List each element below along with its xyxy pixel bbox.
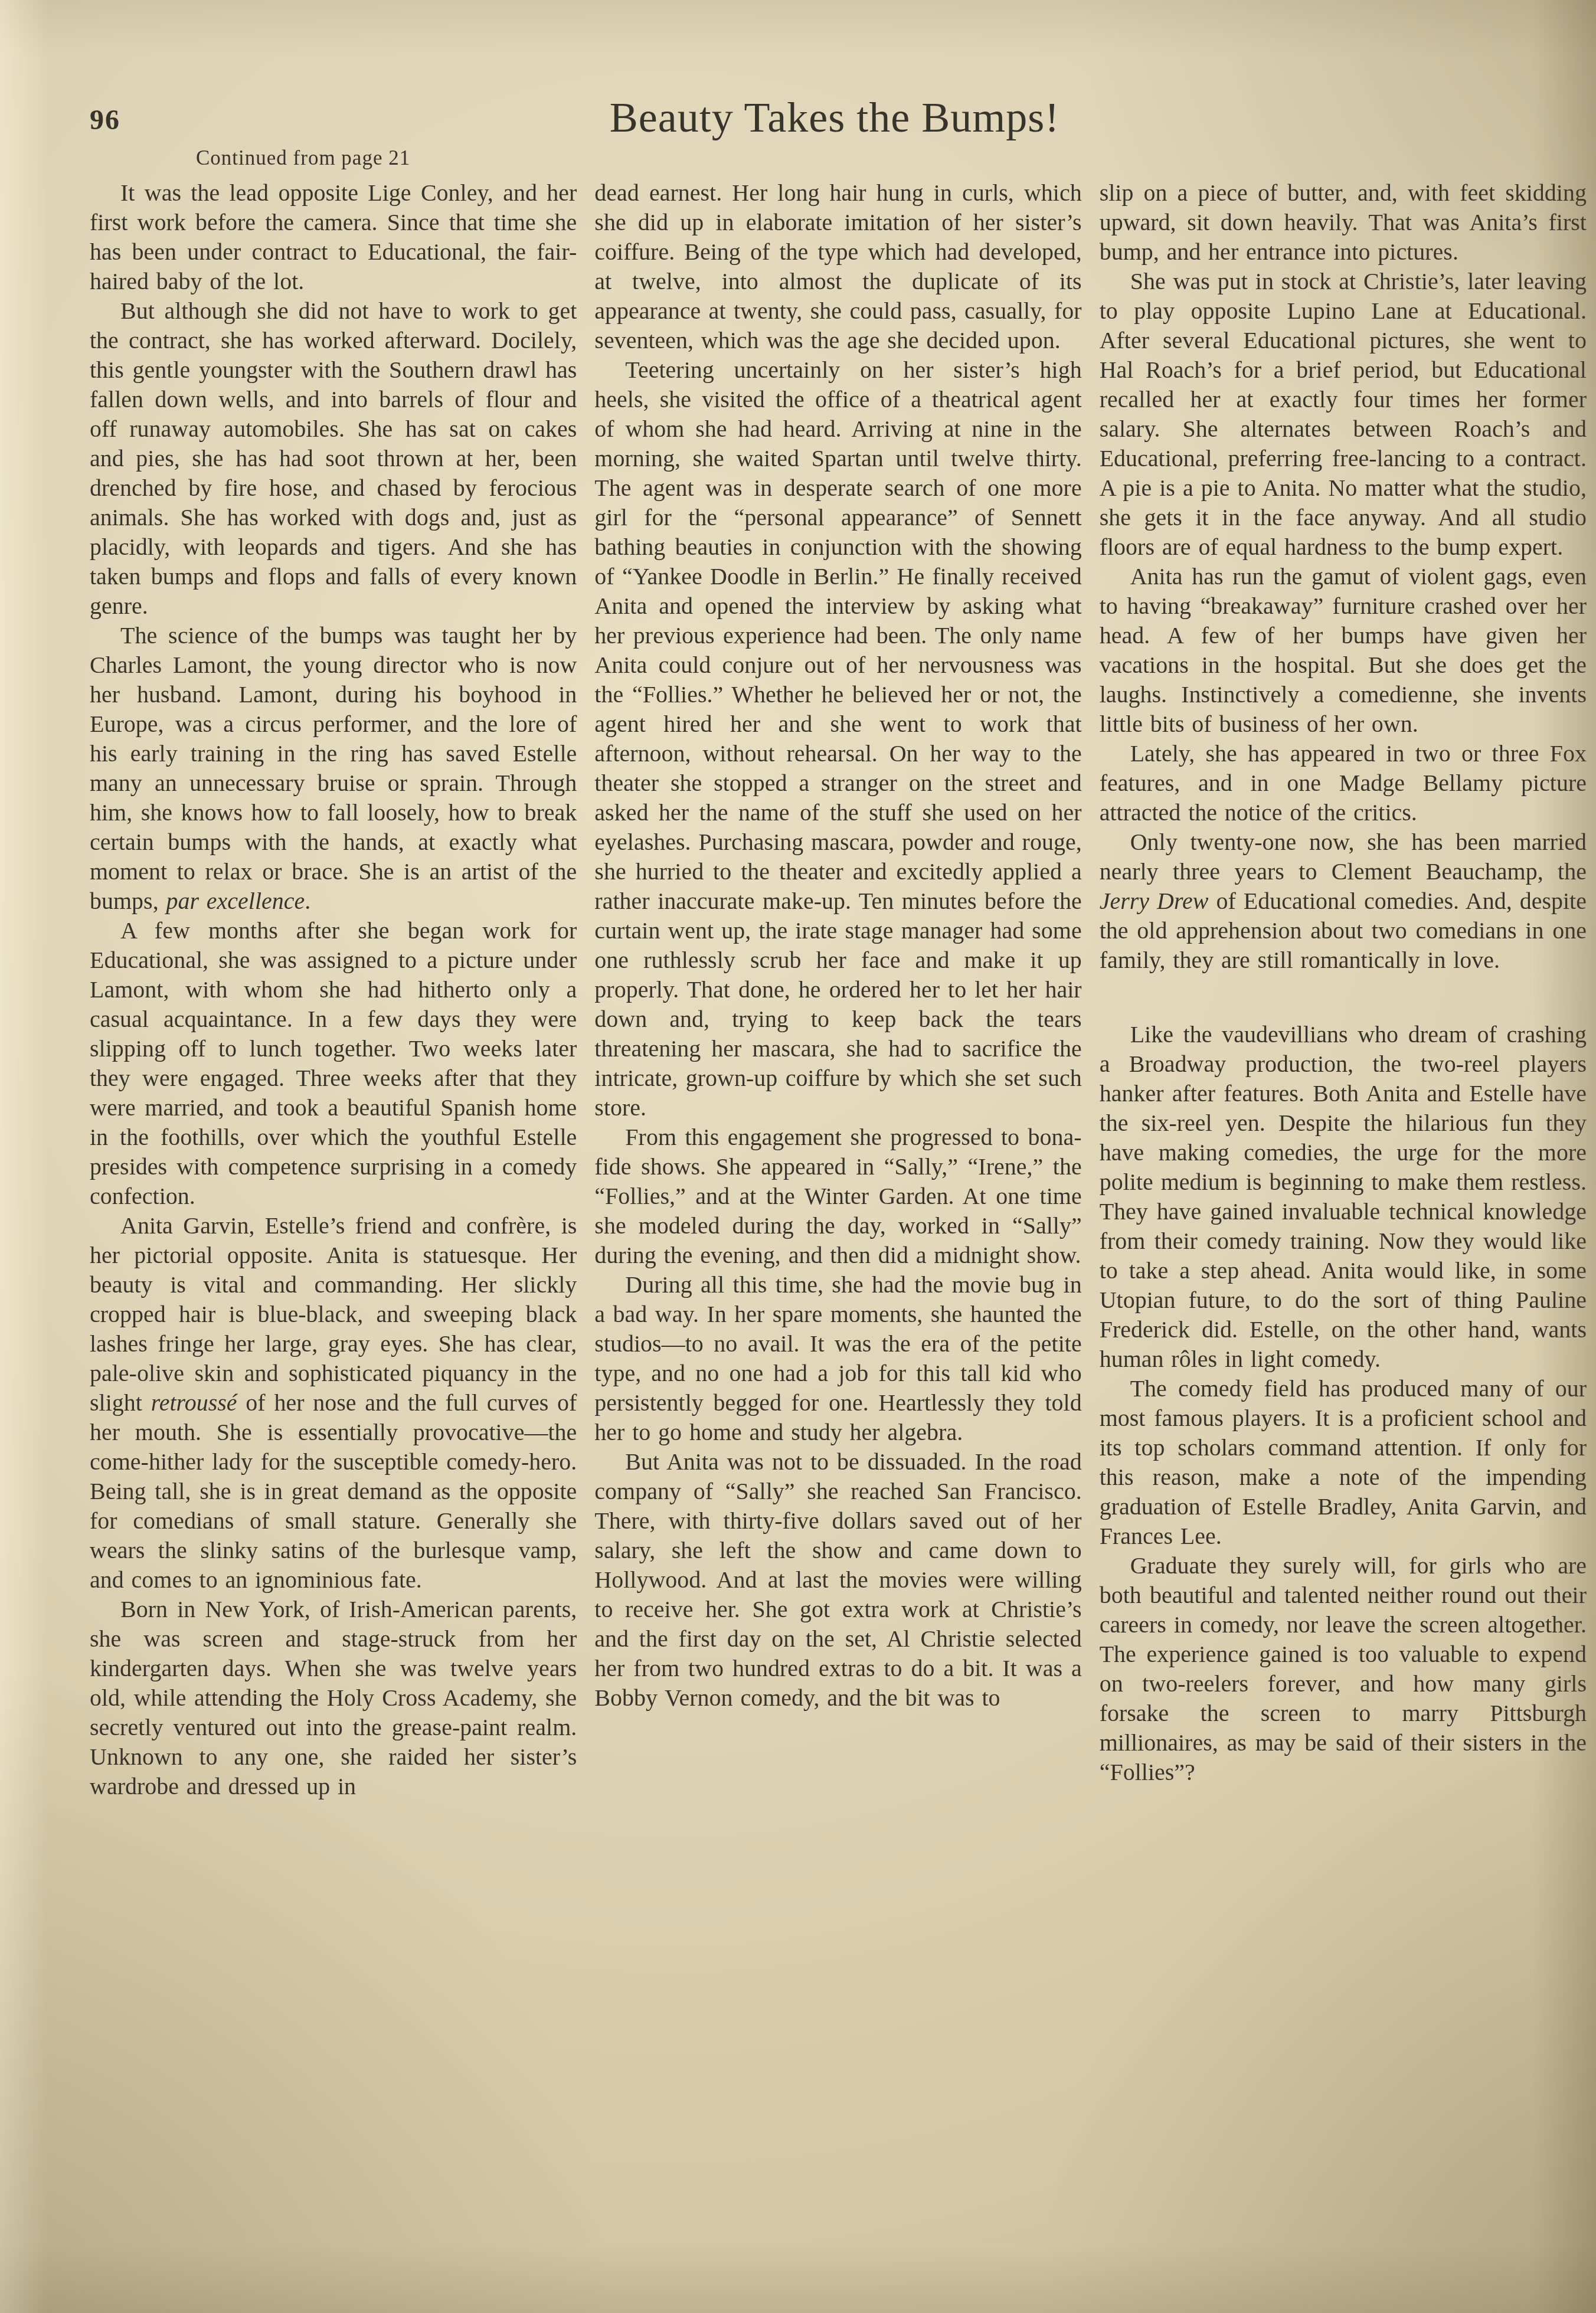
page-number: 96 bbox=[90, 104, 120, 136]
italic-text: Jerry Drew bbox=[1100, 888, 1209, 914]
continued-note: Continued from page 21 bbox=[196, 146, 410, 170]
italic-text: retroussé bbox=[151, 1389, 237, 1416]
paragraph: Teetering uncertainly on her sister’s hi… bbox=[594, 355, 1081, 1123]
paragraph: dead earnest. Her long hair hung in curl… bbox=[594, 178, 1081, 355]
text-column: dead earnest. Her long hair hung in curl… bbox=[594, 178, 1081, 1801]
paragraph: She was put in stock at Christie’s, late… bbox=[1100, 267, 1587, 562]
text-run: of her nose and the full curves of her m… bbox=[90, 1389, 577, 1593]
text-run: A few months after she began work for Ed… bbox=[90, 917, 577, 1209]
paragraph: But Anita was not to be dissuaded. In th… bbox=[594, 1447, 1081, 1713]
text-run: Born in New York, of Irish-American pare… bbox=[90, 1596, 577, 1800]
text-run: The science of the bumps was taught her … bbox=[90, 622, 577, 914]
paragraph: Like the vaudevillians who dream of cras… bbox=[1100, 1020, 1587, 1374]
text-run: . bbox=[305, 888, 310, 914]
paragraph: The science of the bumps was taught her … bbox=[90, 621, 577, 916]
text-run: dead earnest. Her long hair hung in curl… bbox=[594, 179, 1081, 354]
text-run: slip on a piece of butter, and, with fee… bbox=[1100, 179, 1587, 265]
text-run: But although she did not have to work to… bbox=[90, 297, 577, 619]
text-run: From this engagement she progressed to b… bbox=[594, 1124, 1081, 1268]
paragraph: Anita Garvin, Estelle’s friend and confr… bbox=[90, 1211, 577, 1595]
italic-text: par excellence bbox=[166, 888, 305, 914]
text-run: Only twenty-one now, she has been marrie… bbox=[1100, 829, 1587, 885]
paragraph: It was the lead opposite Lige Conley, an… bbox=[90, 178, 577, 296]
paragraph: The comedy field has produced many of ou… bbox=[1100, 1374, 1587, 1551]
text-run: It was the lead opposite Lige Conley, an… bbox=[90, 179, 577, 295]
paragraph: slip on a piece of butter, and, with fee… bbox=[1100, 178, 1587, 267]
text-run: Graduate they surely will, for girls who… bbox=[1100, 1552, 1587, 1785]
text-run: During all this time, she had the movie … bbox=[594, 1271, 1081, 1445]
text-run: But Anita was not to be dissuaded. In th… bbox=[594, 1448, 1081, 1711]
text-run: She was put in stock at Christie’s, late… bbox=[1100, 268, 1587, 560]
paragraph: But although she did not have to work to… bbox=[90, 296, 577, 621]
paragraph: Only twenty-one now, she has been marrie… bbox=[1100, 827, 1587, 975]
magazine-page: 96 Continued from page 21 Beauty Takes t… bbox=[0, 0, 1596, 2313]
text-column: slip on a piece of butter, and, with fee… bbox=[1100, 178, 1587, 1801]
paragraph: A few months after she began work for Ed… bbox=[90, 916, 577, 1211]
paragraph: Graduate they surely will, for girls who… bbox=[1100, 1551, 1587, 1787]
text-run: Lately, she has appeared in two or three… bbox=[1100, 740, 1587, 826]
paragraph: During all this time, she had the movie … bbox=[594, 1270, 1081, 1447]
text-run: Teetering uncertainly on her sister’s hi… bbox=[594, 356, 1081, 1121]
text-run: Like the vaudevillians who dream of cras… bbox=[1100, 1021, 1587, 1372]
text-column: It was the lead opposite Lige Conley, an… bbox=[90, 178, 577, 1801]
paragraph: From this engagement she progressed to b… bbox=[594, 1123, 1081, 1270]
text-run: Anita Garvin, Estelle’s friend and confr… bbox=[90, 1212, 577, 1416]
paragraph: Anita has run the gamut of violent gags,… bbox=[1100, 562, 1587, 739]
paragraph: Lately, she has appeared in two or three… bbox=[1100, 739, 1587, 827]
text-run: The comedy field has produced many of ou… bbox=[1100, 1375, 1587, 1549]
paragraph: Born in New York, of Irish-American pare… bbox=[90, 1595, 577, 1801]
text-run: Anita has run the gamut of violent gags,… bbox=[1100, 563, 1587, 737]
article-columns: It was the lead opposite Lige Conley, an… bbox=[90, 178, 1587, 1801]
article-title: Beauty Takes the Bumps! bbox=[610, 93, 1060, 142]
